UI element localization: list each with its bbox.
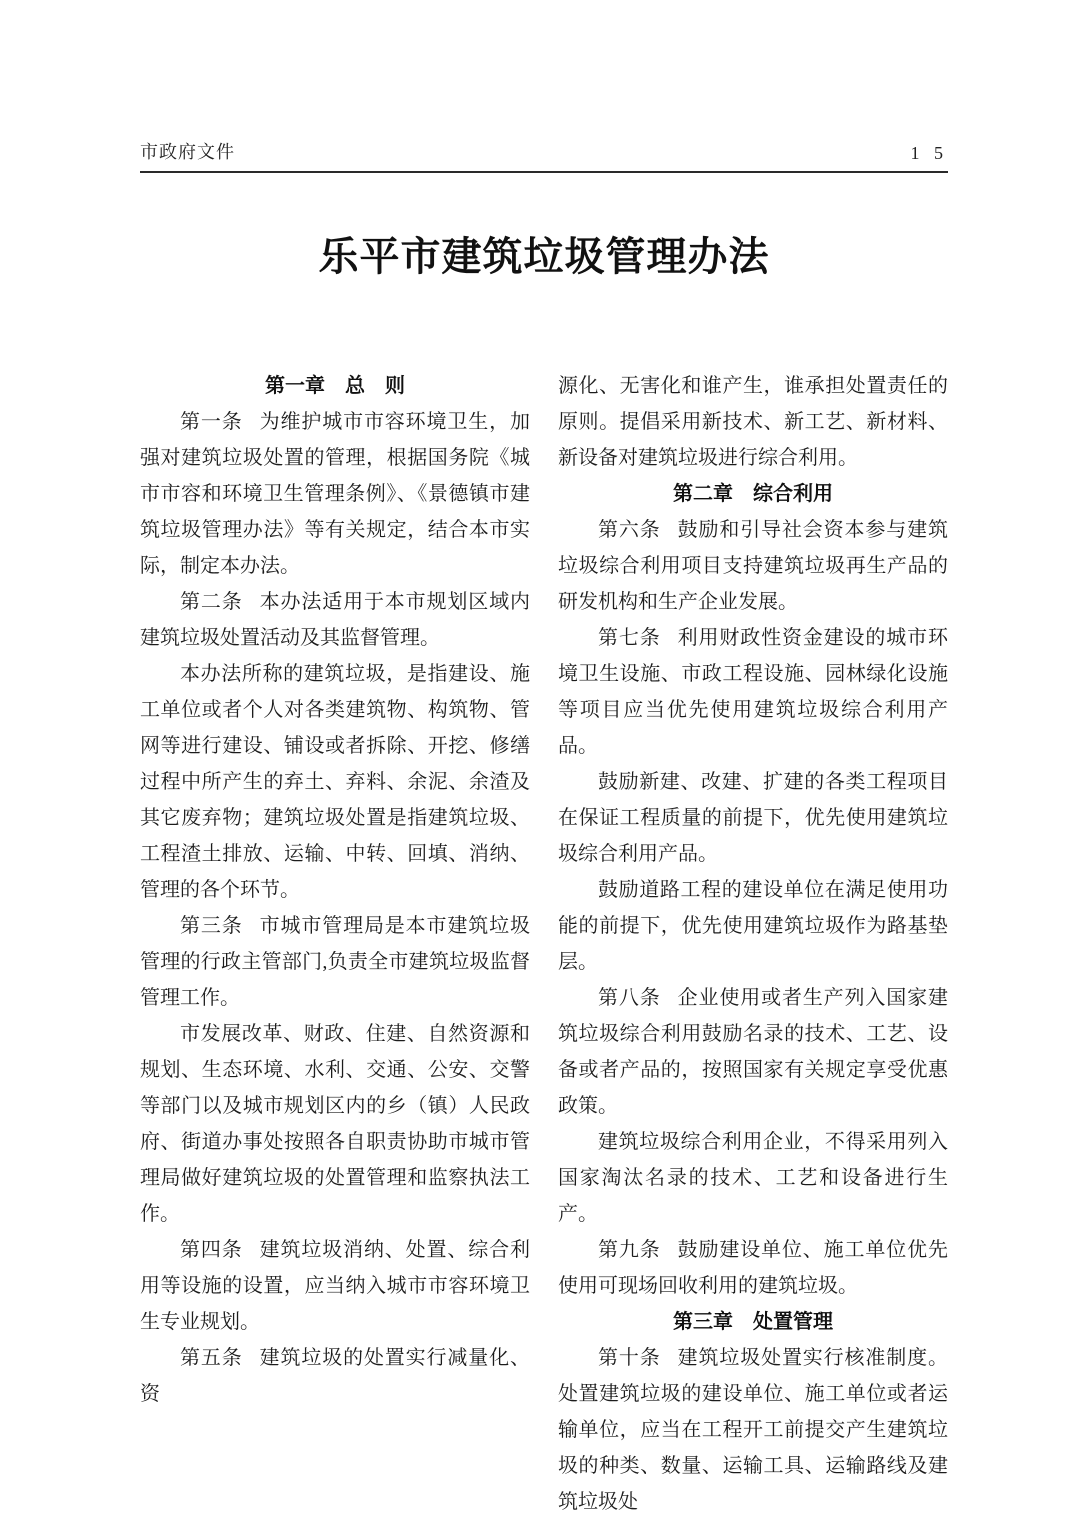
article-number: 第二条 bbox=[180, 591, 243, 613]
paragraph: 第九条鼓励建设单位、施工单位优先使用可现场回收利用的建筑垃圾。 bbox=[558, 1232, 948, 1304]
article-number: 第五条 bbox=[180, 1347, 243, 1369]
paragraph: 第四条建筑垃圾消纳、处置、综合利用等设施的设置，应当纳入城市市容环境卫生专业规划… bbox=[140, 1232, 530, 1340]
paragraph-text: 市发展改革、财政、住建、自然资源和规划、生态环境、水利、交通、公安、交警等部门以… bbox=[140, 1023, 530, 1225]
page-header: 市政府文件 1 5 bbox=[140, 138, 948, 173]
article-number: 第七条 bbox=[598, 627, 661, 649]
article-number: 第三条 bbox=[180, 915, 243, 937]
paragraph-continuation: 源化、无害化和谁产生，谁承担处置责任的原则。提倡采用新技术、新工艺、新材料、新设… bbox=[558, 368, 948, 476]
paragraph-text: 鼓励新建、改建、扩建的各类工程项目在保证工程质量的前提下，优先使用建筑垃圾综合利… bbox=[558, 771, 948, 865]
paragraph-text: 建筑垃圾处置实行核准制度。处置建筑垃圾的建设单位、施工单位或者运输单位，应当在工… bbox=[558, 1347, 948, 1513]
paragraph-text: 为维护城市市容环境卫生，加强对建筑垃圾处置的管理，根据国务院《城市市容和环境卫生… bbox=[140, 411, 530, 577]
header-page-number: 1 5 bbox=[911, 143, 949, 164]
paragraph-text: 本办法所称的建筑垃圾，是指建设、施工单位或者个人对各类建筑物、构筑物、管网等进行… bbox=[140, 663, 530, 901]
paragraph-text: 建筑垃圾综合利用企业，不得采用列入国家淘汰名录的技术、工艺和设备进行生产。 bbox=[558, 1131, 948, 1225]
chapter-heading: 第一章 总 则 bbox=[140, 368, 530, 404]
paragraph: 鼓励道路工程的建设单位在满足使用功能的前提下，优先使用建筑垃圾作为路基垫层。 bbox=[558, 872, 948, 980]
document-page: 市政府文件 1 5 乐平市建筑垃圾管理办法 第一章 总 则 第一条为维护城市市容… bbox=[0, 0, 1074, 1520]
article-number: 第一条 bbox=[180, 411, 243, 433]
paragraph: 第二条本办法适用于本市规划区域内建筑垃圾处置活动及其监督管理。 bbox=[140, 584, 530, 656]
document-title: 乐平市建筑垃圾管理办法 bbox=[140, 225, 948, 282]
header-section-label: 市政府文件 bbox=[140, 138, 235, 164]
right-column: 源化、无害化和谁产生，谁承担处置责任的原则。提倡采用新技术、新工艺、新材料、新设… bbox=[558, 368, 948, 1520]
article-number: 第八条 bbox=[598, 987, 661, 1009]
paragraph: 第八条企业使用或者生产列入国家建筑垃圾综合利用鼓励名录的技术、工艺、设备或者产品… bbox=[558, 980, 948, 1124]
paragraph: 第十条建筑垃圾处置实行核准制度。处置建筑垃圾的建设单位、施工单位或者运输单位，应… bbox=[558, 1340, 948, 1520]
paragraph-text: 源化、无害化和谁产生，谁承担处置责任的原则。提倡采用新技术、新工艺、新材料、新设… bbox=[558, 375, 948, 469]
paragraph: 鼓励新建、改建、扩建的各类工程项目在保证工程质量的前提下，优先使用建筑垃圾综合利… bbox=[558, 764, 948, 872]
paragraph: 第五条建筑垃圾的处置实行减量化、资 bbox=[140, 1340, 530, 1412]
paragraph: 建筑垃圾综合利用企业，不得采用列入国家淘汰名录的技术、工艺和设备进行生产。 bbox=[558, 1124, 948, 1232]
chapter-heading: 第二章 综合利用 bbox=[558, 476, 948, 512]
paragraph: 第七条利用财政性资金建设的城市环境卫生设施、市政工程设施、园林绿化设施等项目应当… bbox=[558, 620, 948, 764]
article-number: 第九条 bbox=[598, 1239, 661, 1261]
paragraph: 市发展改革、财政、住建、自然资源和规划、生态环境、水利、交通、公安、交警等部门以… bbox=[140, 1016, 530, 1232]
article-number: 第十条 bbox=[598, 1347, 661, 1369]
chapter-heading: 第三章 处置管理 bbox=[558, 1304, 948, 1340]
paragraph: 第一条为维护城市市容环境卫生，加强对建筑垃圾处置的管理，根据国务院《城市市容和环… bbox=[140, 404, 530, 584]
paragraph: 第六条鼓励和引导社会资本参与建筑垃圾综合利用项目支持建筑垃圾再生产品的研发机构和… bbox=[558, 512, 948, 620]
paragraph: 本办法所称的建筑垃圾，是指建设、施工单位或者个人对各类建筑物、构筑物、管网等进行… bbox=[140, 656, 530, 908]
paragraph: 第三条市城市管理局是本市建筑垃圾管理的行政主管部门,负责全市建筑垃圾监督管理工作… bbox=[140, 908, 530, 1016]
page-content: 市政府文件 1 5 乐平市建筑垃圾管理办法 第一章 总 则 第一条为维护城市市容… bbox=[140, 138, 948, 1520]
two-column-body: 第一章 总 则 第一条为维护城市市容环境卫生，加强对建筑垃圾处置的管理，根据国务… bbox=[140, 368, 948, 1520]
paragraph-text: 鼓励道路工程的建设单位在满足使用功能的前提下，优先使用建筑垃圾作为路基垫层。 bbox=[558, 879, 948, 973]
article-number: 第六条 bbox=[598, 519, 661, 541]
left-column: 第一章 总 则 第一条为维护城市市容环境卫生，加强对建筑垃圾处置的管理，根据国务… bbox=[140, 368, 530, 1520]
article-number: 第四条 bbox=[180, 1239, 243, 1261]
